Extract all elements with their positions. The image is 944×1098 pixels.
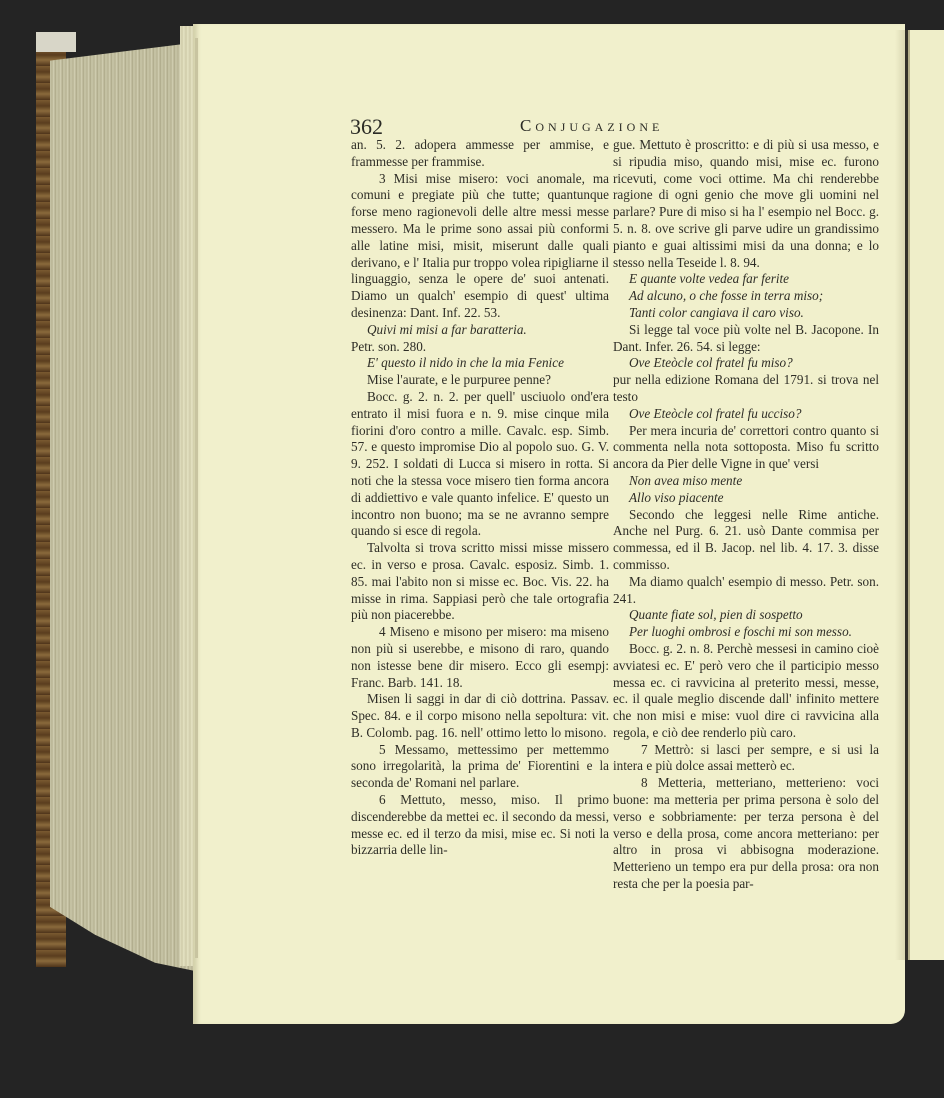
paragraph: 4 Miseno e misono per misero: ma miseno …: [351, 624, 609, 691]
paragraph: 6 Mettuto, messo, miso. Il primo discend…: [351, 792, 609, 859]
verse-line: Non avea miso mente: [613, 473, 879, 490]
verse-line: Mise l'aurate, e le purpuree penne?: [351, 372, 609, 389]
facing-page-edge: [908, 30, 944, 960]
gutter-shadow: [895, 30, 909, 960]
verse-line: Tanti color cangiava il caro viso.: [613, 305, 879, 322]
verse-line: Ove Eteòcle col fratel fu ucciso?: [613, 406, 879, 423]
verse-line: Ad alcuno, o che fosse in terra miso;: [613, 288, 879, 305]
page-inner-edge: [195, 38, 198, 958]
page-stack-fore-edge: [50, 42, 200, 972]
citation: Petr. son. 280.: [351, 339, 609, 356]
verse-line: Per luoghi ombrosi e foschi mi son messo…: [613, 624, 879, 641]
running-title: Conjugazione: [520, 116, 663, 136]
verse-line: E' questo il nido in che la mia Fenice: [351, 355, 609, 372]
left-text-column: an. 5. 2. adopera ammesse per ammise, e …: [351, 137, 609, 859]
paragraph: Bocc. g. 2. n. 2. per quell' usciuolo on…: [351, 389, 609, 540]
book-cover-corner: [36, 32, 76, 52]
paragraph: Si legge tal voce più volte nel B. Jacop…: [613, 322, 879, 356]
paragraph: Talvolta si trova scritto missi misse mi…: [351, 540, 609, 624]
verse-line: Quivi mi misi a far baratteria.: [351, 322, 609, 339]
verse-line: Ove Eteòcle col fratel fu miso?: [613, 355, 879, 372]
paragraph: Misen li saggi in dar di ciò dottrina. P…: [351, 691, 609, 741]
paragraph: Bocc. g. 2. n. 8. Perchè messesi in cami…: [613, 641, 879, 742]
verse-line: E quante volte vedea far ferite: [613, 271, 879, 288]
verse-line: Quante fiate sol, pien di sospetto: [613, 607, 879, 624]
paragraph: Secondo che leggesi nelle Rime antiche. …: [613, 507, 879, 574]
right-text-column: gue. Mettuto è proscritto: e di più si u…: [613, 137, 879, 893]
paragraph: 5 Messamo, mettessimo per mettemmo sono …: [351, 742, 609, 792]
paragraph: 7 Mettrò: si lasci per sempre, e si usi …: [613, 742, 879, 776]
paragraph: an. 5. 2. adopera ammesse per ammise, e …: [351, 137, 609, 171]
paragraph: Per mera incuria de' correttori contro q…: [613, 423, 879, 473]
verse-line: Allo viso piacente: [613, 490, 879, 507]
paragraph: Ma diamo qualch' esempio di messo. Petr.…: [613, 574, 879, 608]
paragraph: 3 Misi mise misero: voci anomale, ma com…: [351, 171, 609, 322]
page-header: 362 Conjugazione: [350, 114, 880, 138]
paragraph: pur nella edizione Romana del 1791. si t…: [613, 372, 879, 406]
paragraph: 8 Metteria, metteriano, metterieno: voci…: [613, 775, 879, 893]
paragraph: gue. Mettuto è proscritto: e di più si u…: [613, 137, 879, 271]
